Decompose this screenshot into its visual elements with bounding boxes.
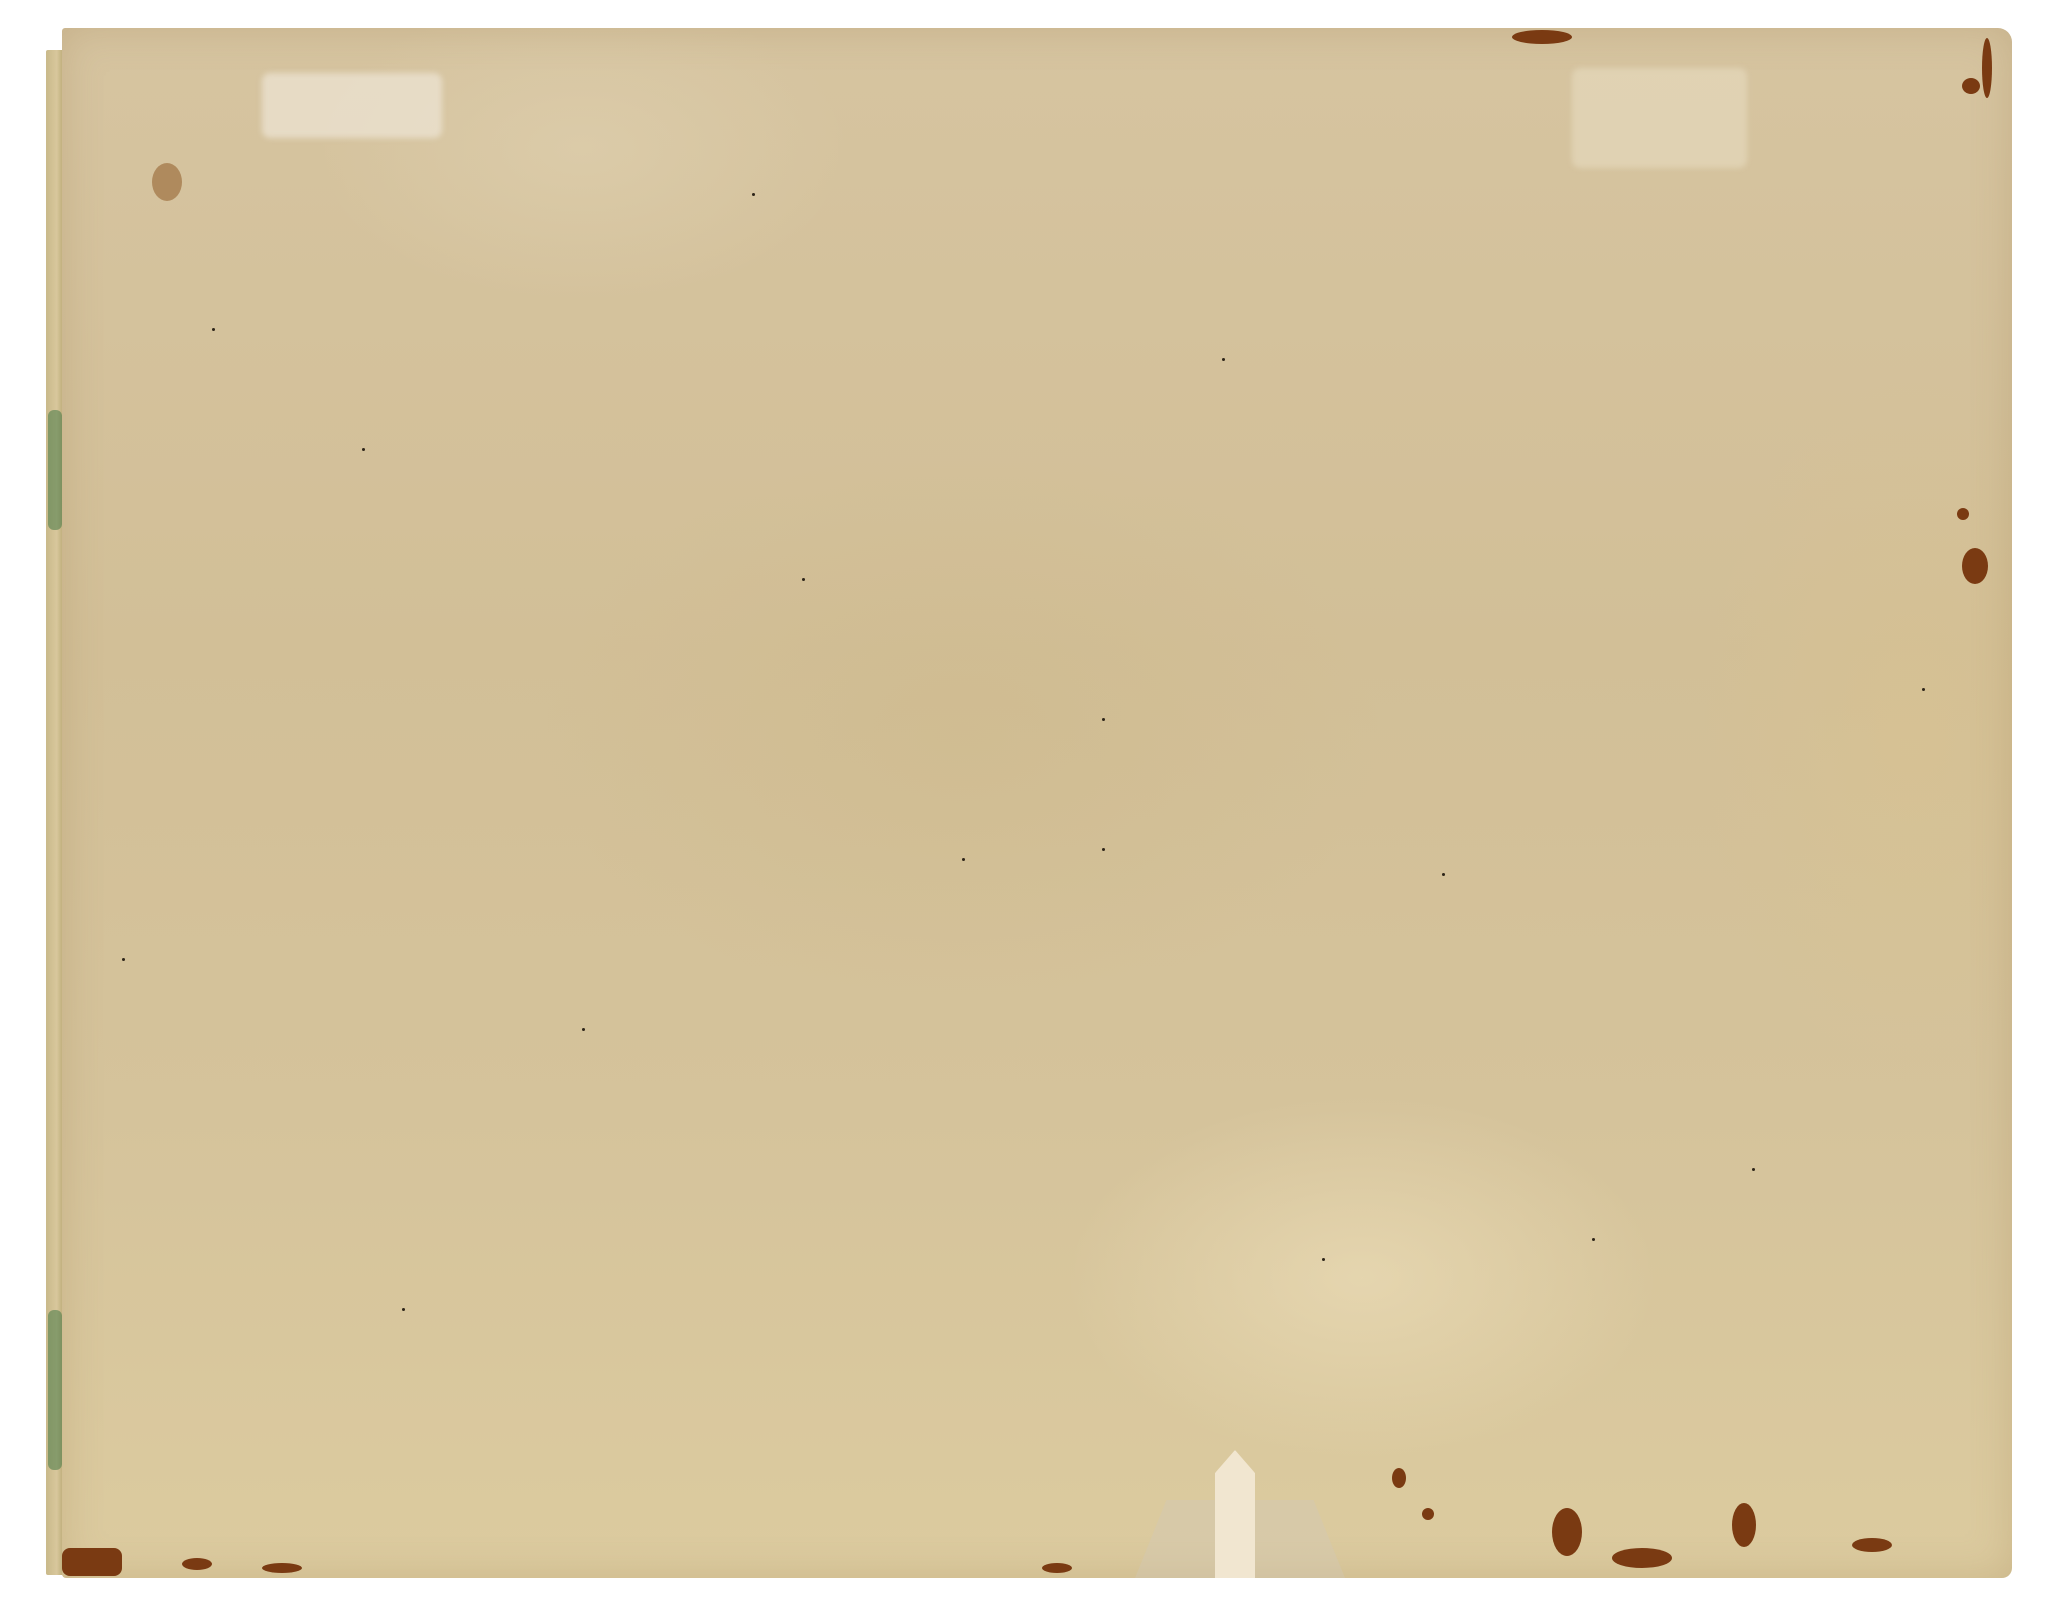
tape-residue-patch: [262, 73, 442, 138]
rust-stain: [1042, 1563, 1072, 1573]
mold-stain: [48, 1310, 62, 1470]
ink-speck: [1222, 358, 1225, 361]
ink-speck: [122, 958, 125, 961]
rust-stain: [1392, 1468, 1406, 1488]
ink-speck: [962, 858, 965, 861]
ink-speck: [1102, 718, 1105, 721]
stain: [152, 163, 182, 201]
ink-speck: [1442, 873, 1445, 876]
tape-residue-patch: [1572, 68, 1747, 168]
rust-stain: [1512, 30, 1572, 44]
rust-stain: [1957, 508, 1969, 520]
rust-stain: [1612, 1548, 1672, 1568]
ink-speck: [752, 193, 755, 196]
ink-speck: [362, 448, 365, 451]
rust-stain: [262, 1563, 302, 1573]
rust-stain: [1732, 1503, 1756, 1547]
ink-speck: [1102, 848, 1105, 851]
ink-speck: [1322, 1258, 1325, 1261]
paper-sheet: [62, 28, 2012, 1578]
ink-speck: [1922, 688, 1925, 691]
rust-stain: [1852, 1538, 1892, 1552]
rust-stain: [1962, 548, 1988, 584]
rust-stain: [1982, 38, 1992, 98]
ink-speck: [582, 1028, 585, 1031]
rust-stain: [1962, 78, 1980, 94]
ink-speck: [1752, 1168, 1755, 1171]
ink-speck: [1592, 1238, 1595, 1241]
ink-speck: [402, 1308, 405, 1311]
rust-stain: [1552, 1508, 1582, 1556]
ink-speck: [802, 578, 805, 581]
ink-speck: [212, 328, 215, 331]
mold-stain: [48, 410, 62, 530]
paper-tab: [1215, 1450, 1255, 1578]
rust-stain: [62, 1548, 122, 1576]
rust-stain: [1422, 1508, 1434, 1520]
rust-stain: [182, 1558, 212, 1570]
